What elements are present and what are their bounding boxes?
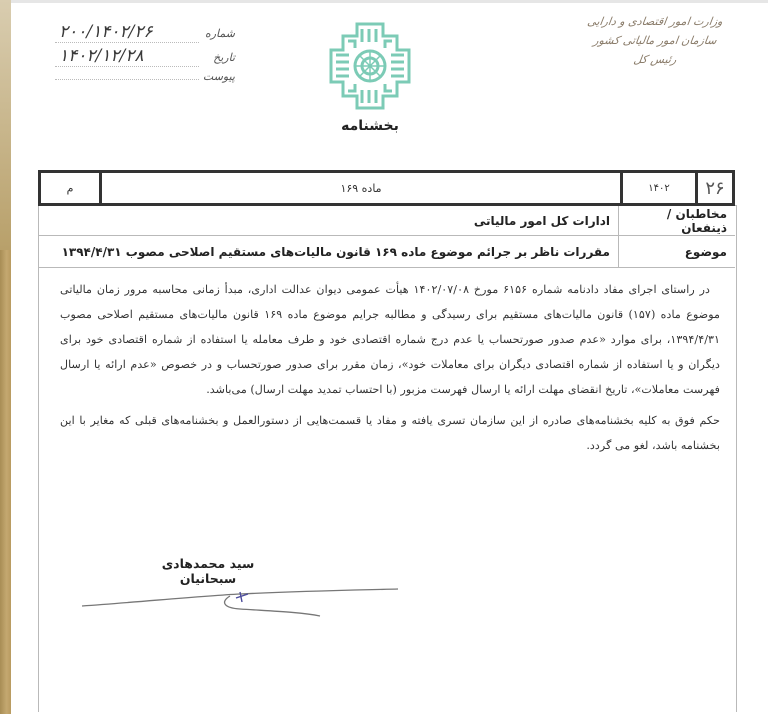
number-label: شماره — [199, 27, 235, 40]
date-label: تاریخ — [199, 51, 235, 64]
signatory-name: سید محمدهادی سبحانیان — [148, 556, 268, 586]
date-row: تاریخ ۱۴۰۲/۱۲/۲۸ — [55, 46, 235, 70]
body-paragraph-2: حکم فوق به کلیه بخشنامه‌های صادره از این… — [60, 408, 720, 458]
circular-body: در راستای اجرای مفاد دادنامه شماره ۶۱۵۶ … — [60, 277, 720, 464]
head-title-line: رئیس کل — [579, 50, 732, 69]
document-type-title: بخشنامه — [320, 118, 420, 134]
ministry-letterhead: وزارت امور اقتصادی و دارایی سازمان امور … — [580, 12, 730, 69]
background-edge — [0, 0, 11, 714]
body-paragraph-1: در راستای اجرای مفاد دادنامه شماره ۶۱۵۶ … — [60, 277, 720, 402]
year-cell: ۱۴۰۲ — [620, 173, 695, 203]
recipients-value: ادارات کل امور مالیاتی — [38, 206, 618, 235]
number-row: شماره ۲۰۰/۱۴۰۲/۲۶ — [55, 22, 235, 46]
date-value: ۱۴۰۲/۱۲/۲۸ — [55, 46, 199, 67]
subject-label: موضوع — [618, 236, 735, 267]
organization-line: سازمان امور مالیاتی کشور — [579, 31, 732, 50]
attachment-label: پیوست — [199, 70, 235, 83]
signature-icon — [80, 584, 400, 624]
letter-meta: شماره ۲۰۰/۱۴۰۲/۲۶ تاریخ ۱۴۰۲/۱۲/۲۸ پیوست — [55, 22, 235, 94]
sequence-number: ۲۶ — [695, 173, 732, 203]
tax-organization-logo-icon — [329, 22, 411, 110]
attachment-value — [55, 79, 199, 80]
recipients-row: مخاطبان / ذینفعان ادارات کل امور مالیاتی — [38, 206, 735, 236]
number-value: ۲۰۰/۱۴۰۲/۲۶ — [55, 22, 199, 43]
subject-code-cell: ماده ۱۶۹ — [99, 173, 620, 203]
recipients-label: مخاطبان / ذینفعان — [618, 206, 735, 235]
classification-bar: ۲۶ ۱۴۰۲ ماده ۱۶۹ م — [38, 170, 735, 206]
subject-value: مقررات ناظر بر جرائم موضوع ماده ۱۶۹ قانو… — [38, 236, 618, 267]
subject-row: موضوع مقررات ناظر بر جرائم موضوع ماده ۱۶… — [38, 236, 735, 268]
ministry-line: وزارت امور اقتصادی و دارایی — [579, 12, 732, 31]
category-code-cell: م — [41, 173, 99, 203]
attachment-row: پیوست — [55, 70, 235, 94]
